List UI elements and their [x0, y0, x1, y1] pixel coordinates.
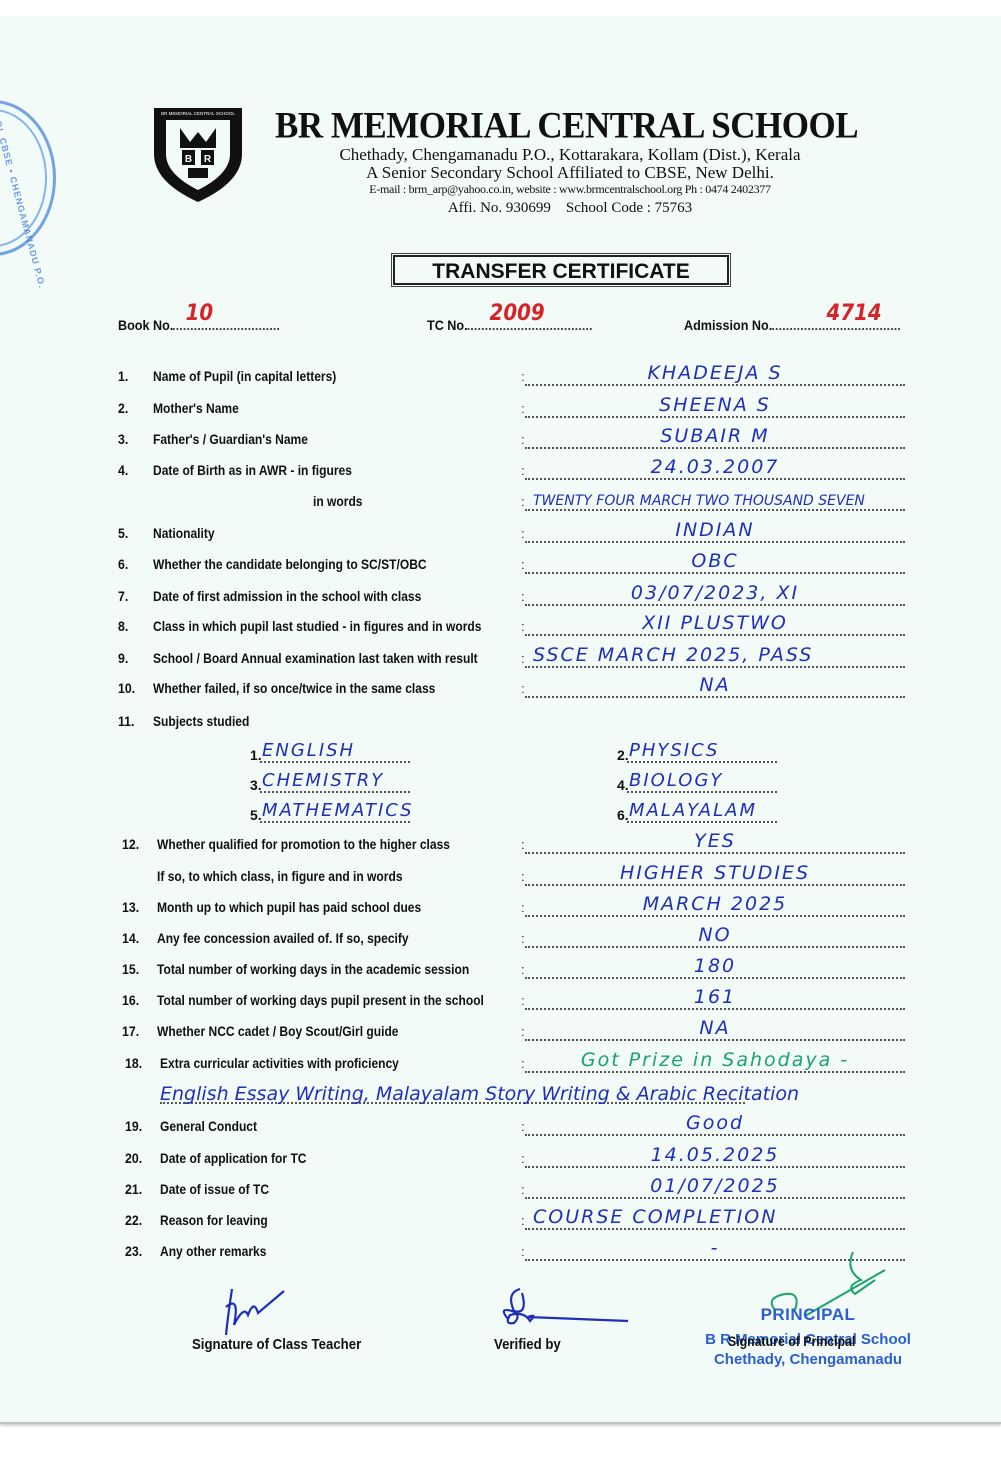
form-item-row: 9.School / Board Annual examination last…	[118, 650, 958, 674]
item-value: XII PLUSTWO	[525, 612, 905, 634]
item-value-field: :Good	[525, 1122, 905, 1136]
item-value: Got Prize in Sahodaya -	[525, 1049, 905, 1071]
item-value-field: :SSCE MARCH 2025, PASS	[525, 654, 905, 668]
principal-signature-label: Signature of Principal	[728, 1333, 855, 1349]
item-label: in words	[313, 493, 363, 509]
item-label: Father's / Guardian's Name	[153, 431, 308, 447]
item-value: 24.03.2007	[525, 456, 905, 478]
form-item-row: in words:TWENTY FOUR MARCH TWO THOUSAND …	[118, 493, 958, 517]
item-number: 6.	[118, 556, 128, 572]
form-item-row: 18.Extra curricular activities with prof…	[125, 1055, 965, 1079]
item-value-field: :01/07/2025	[525, 1185, 905, 1199]
admission-no-value: 4714	[790, 301, 918, 326]
item-value-field: :OBC	[525, 560, 905, 574]
item-value: 161	[525, 986, 905, 1008]
item-label: Whether failed, if so once/twice in the …	[153, 680, 435, 696]
item-label: Reason for leaving	[160, 1212, 268, 1228]
form-item-row: 12.Whether qualified for promotion to th…	[122, 836, 962, 860]
svg-text:BR MEMORIAL CENTRAL SCHOOL: BR MEMORIAL CENTRAL SCHOOL	[161, 111, 235, 116]
form-item-row: 21.Date of issue of TC:01/07/2025	[125, 1181, 965, 1205]
item-value: NO	[525, 924, 905, 946]
form-item-row: 20.Date of application for TC:14.05.2025	[125, 1150, 965, 1174]
item-value-field: :KHADEEJA S	[525, 372, 905, 386]
item-label: If so, to which class, in figure and in …	[157, 868, 403, 884]
item-value-field: :INDIAN	[525, 529, 905, 543]
book-no-value: 10	[146, 301, 252, 326]
item-value-field: :NA	[525, 684, 905, 698]
item-value: SUBAIR M	[525, 425, 905, 447]
item-label: Whether qualified for promotion to the h…	[157, 836, 450, 852]
admission-no-field: Admission No.4714	[684, 316, 900, 333]
form-item-row: 6.Whether the candidate belonging to SC/…	[118, 556, 958, 580]
svg-text:B: B	[185, 154, 192, 165]
item-label: Any other remarks	[160, 1243, 266, 1259]
item-number: 8.	[118, 618, 128, 634]
item-value: COURSE COMPLETION	[525, 1206, 913, 1228]
school-codes: Affi. No. 930699 School Code : 75763	[260, 200, 880, 217]
item-number: 4.	[118, 462, 128, 478]
item-value-field: :HIGHER STUDIES	[525, 872, 905, 886]
item-value-field: :161	[525, 996, 905, 1010]
item-number: 5.	[118, 525, 128, 541]
subject-name: BIOLOGY	[627, 770, 779, 791]
item-label: Whether NCC cadet / Boy Scout/Girl guide	[157, 1023, 398, 1039]
item-value-field: :03/07/2023, XI	[525, 592, 905, 606]
item-label: Nationality	[153, 525, 215, 541]
item-value: NA	[525, 674, 905, 696]
subject-name: CHEMISTRY	[260, 770, 412, 791]
subject-name: PHYSICS	[627, 740, 779, 761]
form-item-row: 1.Name of Pupil (in capital letters):KHA…	[118, 368, 958, 392]
form-item-row: 22.Reason for leaving:COURSE COMPLETION	[125, 1212, 965, 1236]
item-value: YES	[525, 830, 905, 852]
item-number: 15.	[122, 961, 139, 977]
item-number: 17.	[122, 1023, 139, 1039]
item-number: 21.	[125, 1181, 142, 1197]
item-label: Date of application for TC	[160, 1150, 306, 1166]
book-no-field: Book No.10	[118, 316, 280, 333]
form-item-row: If so, to which class, in figure and in …	[122, 868, 962, 892]
item-number: 9.	[118, 650, 128, 666]
item-value-field: :XII PLUSTWO	[525, 622, 905, 636]
item-value-field: :SHEENA S	[525, 404, 905, 418]
item-label: Name of Pupil (in capital letters)	[153, 368, 336, 384]
item-label: Whether the candidate belonging to SC/ST…	[153, 556, 427, 572]
form-item-row: 15.Total number of working days in the a…	[122, 961, 962, 985]
item-value: 03/07/2023, XI	[525, 582, 905, 604]
item-value-field: :NA	[525, 1027, 905, 1041]
verified-by-label: Verified by	[494, 1336, 561, 1353]
item-number: 19.	[125, 1118, 142, 1134]
subject-name: ENGLISH	[260, 740, 412, 761]
svg-text:R: R	[204, 154, 212, 165]
item-label: Date of first admission in the school wi…	[153, 588, 421, 604]
item-value-field: :24.03.2007	[525, 466, 905, 480]
form-item-row: 2.Mother's Name:SHEENA S	[118, 400, 958, 424]
item-value-field: :YES	[525, 840, 905, 854]
item-label: Month up to which pupil has paid school …	[157, 899, 421, 915]
school-address: Chethady, Chengamanadu P.O., Kottarakara…	[260, 145, 880, 165]
item-value: INDIAN	[525, 519, 905, 541]
item-value-field: :NO	[525, 934, 905, 948]
item-number: 11.	[118, 713, 134, 729]
verifier-signature-icon	[478, 1285, 638, 1335]
form-item-row: 5.Nationality:INDIAN	[118, 525, 958, 549]
item-number: 7.	[118, 588, 128, 604]
form-item-row: 14.Any fee concession availed of. If so,…	[122, 930, 962, 954]
item-label: Mother's Name	[153, 400, 239, 416]
form-item-row: 16.Total number of working days pupil pr…	[122, 992, 962, 1016]
extra-curricular-details: English Essay Writing, Malayalam Story W…	[160, 1083, 940, 1105]
item-value: SHEENA S	[525, 394, 905, 416]
tc-no-value: 2009	[455, 301, 579, 326]
item-value-field: :14.05.2025	[525, 1154, 905, 1168]
item-number: 1.	[118, 368, 128, 384]
item-value: KHADEEJA S	[525, 362, 905, 384]
item-value-field: :MARCH 2025	[525, 903, 905, 917]
item-label: Total number of working days in the acad…	[157, 961, 469, 977]
subject-name: MATHEMATICS	[260, 800, 412, 821]
form-item-row: 10.Whether failed, if so once/twice in t…	[118, 680, 958, 704]
admission-no-label: Admission No.	[684, 317, 772, 333]
form-item-row: 19.General Conduct:Good	[125, 1118, 965, 1142]
item-label: Date of issue of TC	[160, 1181, 269, 1197]
form-item-row: 7.Date of first admission in the school …	[118, 588, 958, 612]
item-value: 180	[525, 955, 905, 977]
item-value: HIGHER STUDIES	[525, 862, 905, 884]
item-value: Good	[525, 1112, 905, 1134]
principal-stamp-place: Chethady, Chengamanadu	[698, 1351, 918, 1368]
form-item-row: 3.Father's / Guardian's Name:SUBAIR M	[118, 431, 958, 455]
item-value-field: :SUBAIR M	[525, 435, 905, 449]
school-affiliation: A Senior Secondary School Affiliated to …	[260, 163, 880, 183]
subject-name: MALAYALAM	[627, 800, 779, 821]
item-number: 14.	[122, 930, 139, 946]
document-title: TRANSFER CERTIFICATE	[393, 255, 729, 285]
item-number: 12.	[122, 836, 139, 852]
item-number: 2.	[118, 400, 128, 416]
item-value: TWENTY FOUR MARCH TWO THOUSAND SEVEN	[525, 493, 913, 509]
class-teacher-signature-label: Signature of Class Teacher	[192, 1336, 361, 1353]
item-value: OBC	[525, 550, 905, 572]
item-number: 10.	[118, 680, 135, 696]
item-number: 3.	[118, 431, 128, 447]
item-value: NA	[525, 1017, 905, 1039]
school-name: BR MEMORIAL CENTRAL SCHOOL	[275, 105, 865, 147]
item-value: 14.05.2025	[525, 1144, 905, 1166]
item-number: 20.	[125, 1150, 142, 1166]
item-label: Any fee concession availed of. If so, sp…	[157, 930, 409, 946]
item-value-field: :Got Prize in Sahodaya -	[525, 1059, 905, 1073]
school-contact: E-mail : brm_arp@yahoo.co.in, website : …	[260, 182, 880, 197]
form-item-row: 17.Whether NCC cadet / Boy Scout/Girl gu…	[122, 1023, 962, 1047]
item-label: Class in which pupil last studied - in f…	[153, 618, 481, 634]
item-label: General Conduct	[160, 1118, 257, 1134]
item-value-field: :TWENTY FOUR MARCH TWO THOUSAND SEVEN	[525, 497, 905, 511]
item-label: Total number of working days pupil prese…	[157, 992, 484, 1008]
principal-stamp-title: PRINCIPAL	[698, 1305, 918, 1325]
tc-no-field: TC No.2009	[427, 316, 592, 333]
item-number: 23.	[125, 1243, 142, 1259]
item-value-field: :COURSE COMPLETION	[525, 1216, 905, 1230]
item-value: SSCE MARCH 2025, PASS	[525, 644, 913, 666]
form-item-row: 13.Month up to which pupil has paid scho…	[122, 899, 962, 923]
item-number: 18.	[125, 1055, 142, 1071]
item-number: 13.	[122, 899, 139, 915]
item-value: 01/07/2025	[525, 1175, 905, 1197]
item-value: MARCH 2025	[525, 893, 905, 915]
school-logo-icon: B R BR MEMORIAL CENTRAL SCHOOL	[150, 104, 246, 204]
item-number: 22.	[125, 1212, 142, 1228]
form-item-row: 11.Subjects studied	[118, 713, 958, 737]
item-label: Subjects studied	[153, 713, 249, 729]
item-label: Extra curricular activities with profici…	[160, 1055, 399, 1071]
form-item-row: 8.Class in which pupil last studied - in…	[118, 618, 958, 642]
item-value-field: :180	[525, 965, 905, 979]
item-label: School / Board Annual examination last t…	[153, 650, 478, 666]
form-item-row: 4.Date of Birth as in AWR - in figures:2…	[118, 462, 958, 486]
item-number: 16.	[122, 992, 139, 1008]
item-label: Date of Birth as in AWR - in figures	[153, 462, 352, 478]
class-teacher-signature-icon	[218, 1285, 288, 1340]
